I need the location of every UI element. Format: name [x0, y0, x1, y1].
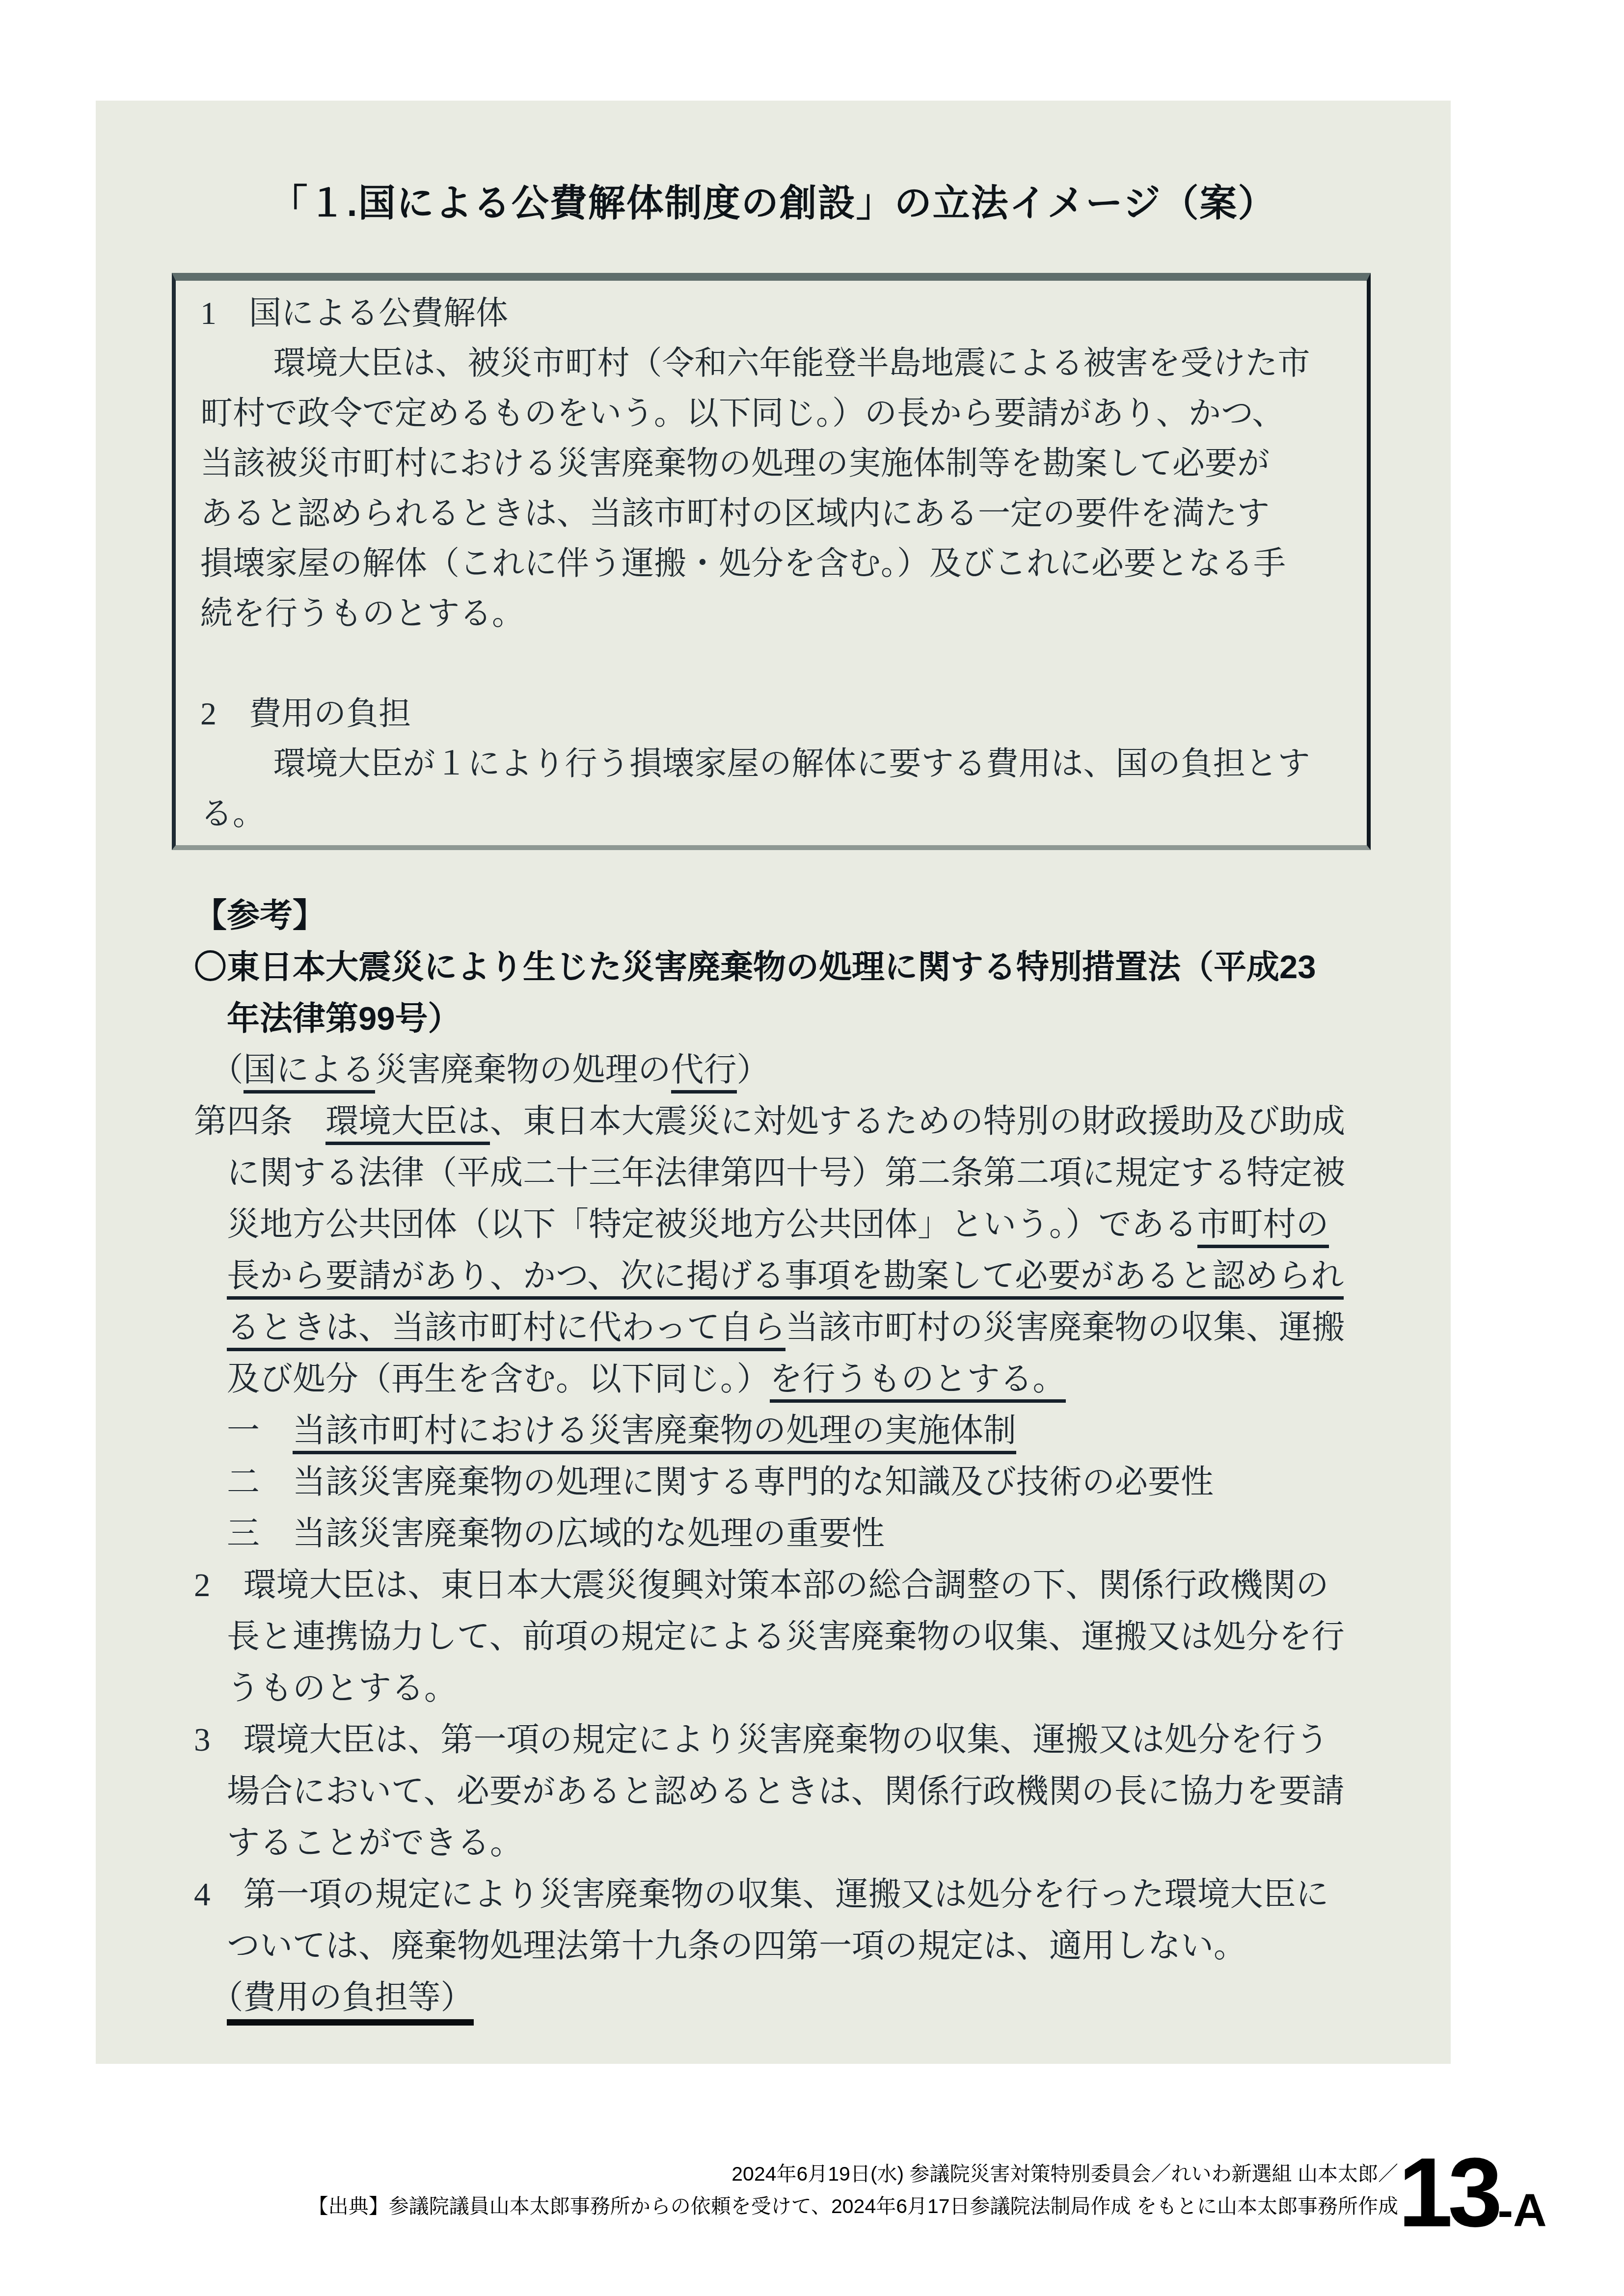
underlined-text: 代行 [671, 1052, 737, 1094]
underlined-text: 長から要請があり、かつ、次に掲げる事項を勘案して必要があると認められ [227, 1258, 1344, 1300]
text-run [194, 1979, 227, 2016]
text-line: 1 国による公費解体 [200, 289, 1350, 339]
page-number-main: 13 [1398, 2138, 1497, 2247]
text-run: る。 [200, 796, 265, 832]
text-line: 災地方公共団体（以下「特定被災地方公共団体」という。）である市町村の [194, 1199, 1436, 1251]
text-run: うものとする。 [194, 1670, 457, 1707]
text-line: 4 第一項の規定により災害廃棄物の収集、運搬又は処分を行った環境大臣に [194, 1869, 1436, 1921]
text-run: 1 国による公費解体 [200, 295, 508, 331]
footer-line-committee: 2024年6月19日(水) 参議院災害対策特別委員会／れいわ新選組 山本太郎／ [308, 2158, 1398, 2190]
underlined-text: を行うものとする。 [770, 1361, 1066, 1403]
text-line: 【参考】 [194, 890, 1436, 941]
scanned-document-page: 「１.国による公費解体制度の創設」の立法イメージ（案） 1 国による公費解体 環… [96, 101, 1451, 2064]
text-run: 年法律第99号） [194, 1000, 461, 1037]
text-run: 4 第一項の規定により災害廃棄物の収集、運搬又は処分を行った環境大臣に [194, 1876, 1329, 1913]
text-run: 二 当該災害廃棄物の処理に関する専門的な知識及び技術の必要性 [194, 1464, 1214, 1500]
text-line: することができる。 [194, 1817, 1436, 1869]
text-line: うものとする。 [194, 1663, 1436, 1714]
underlined-text: るときは、当該市町村に代わって自ら [227, 1309, 785, 1351]
text-line: 損壊家屋の解体（これに伴う運搬・処分を含む。）及びこれに必要となる手 [200, 539, 1350, 589]
text-run: 〇東日本大震災により生じた災害廃棄物の処理に関する特別措置法（平成23 [194, 949, 1316, 986]
underlined-text: 当該市町村における災害廃棄物の処理の実施体制 [293, 1413, 1016, 1454]
text-line: 2 環境大臣は、東日本大震災復興対策本部の総合調整の下、関係行政機関の [194, 1560, 1436, 1611]
text-line [200, 639, 1350, 689]
text-line: 二 当該災害廃棄物の処理に関する専門的な知識及び技術の必要性 [194, 1457, 1436, 1508]
text-run: 災害廃棄物の処理の [375, 1052, 671, 1088]
text-line: る。 [200, 789, 1350, 839]
underlined-text: （費用の負担等） [227, 1979, 474, 2026]
text-line: 場合において、必要があると認めるときは、関係行政機関の長に協力を要請 [194, 1766, 1436, 1817]
text-line: 町村で政令で定めるものをいう。以下同じ。）の長から要請があり、かつ、 [200, 389, 1350, 439]
text-run: 環境大臣は、被災市町村（令和六年能登半島地震による被害を受けた市 [200, 346, 1310, 381]
text-run: に関する法律（平成二十三年法律第四十号）第二条第二項に規定する特定被 [194, 1155, 1345, 1191]
text-run [194, 1258, 227, 1294]
text-line: 当該被災市町村における災害廃棄物の処理の実施体制等を勘案して必要が [200, 439, 1350, 489]
text-run: 2 費用の負担 [200, 696, 411, 732]
text-run: 続を行うものとする。 [200, 596, 524, 632]
text-run: 三 当該災害廃棄物の広域的な処理の重要性 [194, 1516, 885, 1552]
text-line: ついては、廃棄物処理法第十九条の四第一項の規定は、適用しない。 [194, 1921, 1436, 1972]
text-line: 続を行うものとする。 [200, 589, 1350, 639]
footer-line-source: 【出典】参議院議員山本太郎事務所からの依頼を受けて、2024年6月17日参議院法… [308, 2190, 1398, 2222]
page-number: 13-A [1398, 2144, 1547, 2242]
proposal-outline-box: 1 国による公費解体 環境大臣は、被災市町村（令和六年能登半島地震による被害を受… [172, 273, 1371, 850]
text-run: ） [737, 1052, 770, 1088]
text-line: 〇東日本大震災により生じた災害廃棄物の処理に関する特別措置法（平成23 [194, 941, 1436, 993]
text-run: 損壊家屋の解体（これに伴う運搬・処分を含む。）及びこれに必要となる手 [200, 546, 1286, 582]
text-line: 一 当該市町村における災害廃棄物の処理の実施体制 [194, 1405, 1436, 1457]
text-run: 及び処分（再生を含む。以下同じ。） [194, 1361, 770, 1397]
text-line: 3 環境大臣は、第一項の規定により災害廃棄物の収集、運搬又は処分を行う [194, 1714, 1436, 1766]
text-run: 一 [194, 1413, 293, 1449]
page-title: 「１.国による公費解体制度の創設」の立法イメージ（案） [96, 173, 1451, 227]
text-run: 3 環境大臣は、第一項の規定により災害廃棄物の収集、運搬又は処分を行う [194, 1722, 1329, 1758]
text-run [194, 1309, 227, 1346]
underlined-text: 市町村の [1197, 1206, 1329, 1248]
text-run: 2 環境大臣は、東日本大震災復興対策本部の総合調整の下、関係行政機関の [194, 1567, 1329, 1603]
underlined-text: 環境大臣は [325, 1103, 490, 1145]
text-line: 長と連携協力して、前項の規定による災害廃棄物の収集、運搬又は処分を行 [194, 1611, 1436, 1663]
text-line: あると認められるときは、当該市町村の区域内にある一定の要件を満たす [200, 489, 1350, 539]
text-run: 町村で政令で定めるものをいう。以下同じ。）の長から要請があり、かつ、 [200, 396, 1284, 431]
text-run: ついては、廃棄物処理法第十九条の四第一項の規定は、適用しない。 [194, 1928, 1246, 1964]
text-line: 環境大臣が１により行う損壊家屋の解体に要する費用は、国の負担とす [200, 739, 1350, 789]
text-run: あると認められるときは、当該市町村の区域内にある一定の要件を満たす [200, 496, 1270, 532]
text-run: 【参考】 [194, 897, 325, 934]
text-line: （国による災害廃棄物の処理の代行） [194, 1044, 1436, 1096]
text-run: 第四条 [194, 1103, 325, 1140]
text-line: （費用の負担等） [194, 1972, 1436, 2024]
text-run: することができる。 [194, 1825, 523, 1861]
text-run: 当該被災市町村における災害廃棄物の処理の実施体制等を勘案して必要が [200, 446, 1270, 481]
text-line: 及び処分（再生を含む。以下同じ。）を行うものとする。 [194, 1354, 1436, 1405]
text-line: 三 当該災害廃棄物の広域的な処理の重要性 [194, 1508, 1436, 1560]
text-line: 長から要請があり、かつ、次に掲げる事項を勘案して必要があると認められ [194, 1251, 1436, 1302]
reference-section: 【参考】〇東日本大震災により生じた災害廃棄物の処理に関する特別措置法（平成23 … [194, 890, 1436, 2024]
underlined-text: 国による [244, 1052, 375, 1094]
text-run: 長と連携協力して、前項の規定による災害廃棄物の収集、運搬又は処分を行 [194, 1619, 1345, 1655]
footer-attribution: 2024年6月19日(水) 参議院災害対策特別委員会／れいわ新選組 山本太郎／ … [308, 2158, 1398, 2222]
text-line: 第四条 環境大臣は、東日本大震災に対処するための特別の財政援助及び助成 [194, 1096, 1436, 1148]
text-line: るときは、当該市町村に代わって自ら当該市町村の災害廃棄物の収集、運搬 [194, 1302, 1436, 1354]
text-run: 当該市町村の災害廃棄物の収集、運搬 [785, 1309, 1345, 1346]
text-run: 、東日本大震災に対処するための特別の財政援助及び助成 [490, 1103, 1345, 1140]
text-line: 年法律第99号） [194, 993, 1436, 1044]
page-number-suffix: -A [1497, 2185, 1546, 2237]
text-run: 場合において、必要があると認めるときは、関係行政機関の長に協力を要請 [194, 1773, 1345, 1810]
text-line: 2 費用の負担 [200, 689, 1350, 739]
text-run: 災地方公共団体（以下「特定被災地方公共団体」という。）である [194, 1206, 1197, 1243]
text-line: に関する法律（平成二十三年法律第四十号）第二条第二項に規定する特定被 [194, 1148, 1436, 1199]
text-line: 環境大臣は、被災市町村（令和六年能登半島地震による被害を受けた市 [200, 339, 1350, 389]
text-run: （ [194, 1052, 244, 1088]
text-run: 環境大臣が１により行う損壊家屋の解体に要する費用は、国の負担とす [200, 746, 1310, 782]
